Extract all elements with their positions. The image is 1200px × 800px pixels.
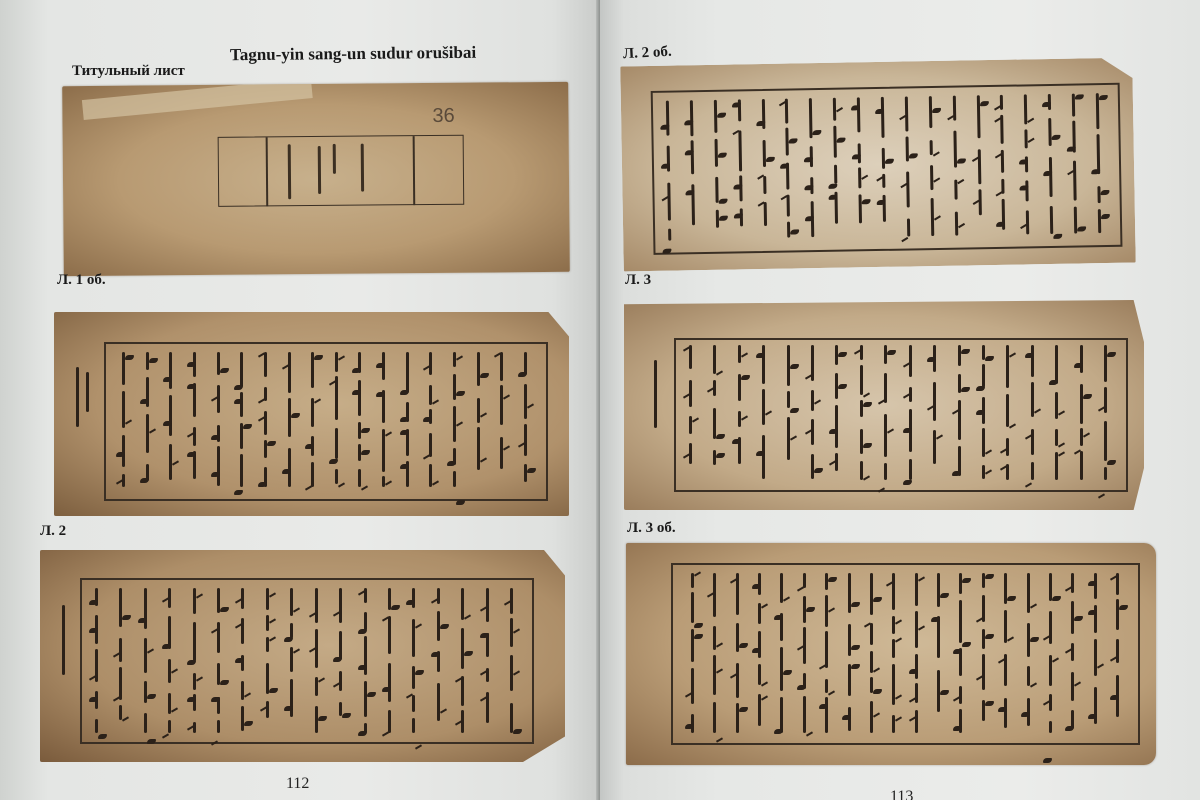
script-stroke bbox=[1071, 672, 1074, 700]
script-stroke bbox=[860, 461, 863, 480]
script-glyph bbox=[842, 715, 851, 720]
script-stroke bbox=[825, 697, 828, 733]
script-stroke bbox=[524, 352, 527, 375]
script-stroke bbox=[1004, 698, 1007, 728]
script-stroke bbox=[811, 454, 814, 479]
page-number-right: 113 bbox=[890, 788, 913, 800]
script-stroke bbox=[690, 140, 694, 174]
script-stroke bbox=[1104, 467, 1107, 480]
script-stroke bbox=[958, 400, 961, 440]
script-stroke bbox=[1104, 387, 1107, 413]
script-stroke bbox=[982, 629, 985, 649]
script-stroke bbox=[848, 624, 851, 656]
script-glyph bbox=[814, 468, 823, 473]
script-stroke bbox=[453, 374, 456, 401]
script-glyph bbox=[1088, 610, 1097, 615]
script-stroke bbox=[762, 345, 765, 384]
script-stroke bbox=[524, 384, 527, 419]
script-stroke bbox=[1104, 345, 1107, 382]
script-glyph bbox=[400, 430, 409, 435]
script-stroke bbox=[1049, 611, 1052, 644]
script-stroke bbox=[666, 101, 670, 136]
script-stroke bbox=[762, 435, 765, 479]
script-stroke bbox=[982, 654, 985, 690]
script-stroke bbox=[762, 389, 765, 425]
script-stroke bbox=[907, 219, 910, 237]
script-stroke bbox=[335, 428, 338, 459]
script-stroke bbox=[860, 400, 863, 417]
script-glyph bbox=[329, 459, 338, 464]
right-page: Л. 2 об. Л. 3 Л. 3 об. 113 bbox=[600, 0, 1200, 800]
script-stroke bbox=[500, 437, 503, 469]
script-glyph bbox=[342, 713, 351, 718]
script-stroke bbox=[500, 352, 503, 381]
script-glyph bbox=[447, 461, 456, 466]
script-stroke bbox=[477, 398, 480, 423]
script-stroke bbox=[217, 720, 220, 733]
script-stroke bbox=[335, 376, 338, 419]
script-glyph bbox=[116, 452, 125, 457]
script-stroke bbox=[763, 176, 766, 195]
script-stroke bbox=[486, 588, 489, 622]
script-stroke bbox=[119, 588, 122, 627]
script-stroke bbox=[811, 390, 814, 411]
script-stroke bbox=[834, 165, 837, 184]
script-stroke bbox=[959, 573, 962, 594]
script-stroke bbox=[915, 611, 918, 648]
script-stroke bbox=[811, 419, 814, 445]
margin-note bbox=[76, 367, 79, 427]
script-stroke bbox=[290, 623, 293, 637]
script-stroke bbox=[335, 352, 338, 372]
script-stroke bbox=[1027, 573, 1030, 613]
script-stroke bbox=[1094, 639, 1097, 677]
script-stroke bbox=[691, 592, 694, 623]
script-stroke bbox=[915, 683, 918, 703]
script-glyph bbox=[400, 464, 409, 469]
script-stroke bbox=[477, 352, 480, 386]
script-glyph bbox=[985, 701, 994, 706]
manuscript-image-leaf-3-verso bbox=[626, 543, 1156, 765]
script-stroke bbox=[803, 696, 806, 733]
script-glyph bbox=[220, 607, 229, 612]
script-stroke bbox=[315, 588, 318, 623]
script-stroke bbox=[240, 392, 243, 417]
script-stroke bbox=[406, 352, 409, 393]
script-glyph bbox=[456, 500, 465, 505]
script-stroke bbox=[412, 718, 415, 733]
script-glyph bbox=[903, 480, 912, 485]
script-stroke bbox=[977, 149, 981, 185]
script-stroke bbox=[959, 686, 962, 704]
script-stroke bbox=[959, 600, 962, 643]
script-stroke bbox=[144, 713, 147, 733]
script-glyph bbox=[1049, 380, 1058, 385]
script-stroke bbox=[119, 667, 122, 700]
script-glyph bbox=[985, 574, 994, 579]
script-glyph bbox=[1074, 363, 1083, 368]
script-glyph bbox=[440, 624, 449, 629]
script-stroke bbox=[892, 616, 895, 634]
script-stroke bbox=[388, 616, 391, 653]
script-stroke bbox=[954, 212, 957, 236]
script-stroke bbox=[982, 573, 985, 588]
script-stroke bbox=[870, 573, 873, 615]
script-glyph bbox=[739, 707, 748, 712]
script-stroke bbox=[193, 622, 196, 662]
script-glyph bbox=[790, 364, 799, 369]
figure-label-title-leaf: Титульный лист bbox=[72, 63, 185, 80]
script-stroke bbox=[915, 710, 918, 733]
script-glyph bbox=[961, 349, 970, 354]
script-column bbox=[333, 144, 336, 174]
text-frame bbox=[80, 578, 534, 744]
script-column bbox=[318, 146, 321, 194]
script-stroke bbox=[500, 385, 503, 425]
script-glyph bbox=[1043, 758, 1052, 763]
script-stroke bbox=[892, 715, 895, 733]
script-glyph bbox=[89, 628, 98, 633]
script-glyph bbox=[903, 428, 912, 433]
torn-paper-fragment bbox=[82, 82, 313, 120]
script-stroke bbox=[860, 345, 863, 360]
script-glyph bbox=[851, 645, 860, 650]
script-stroke bbox=[1031, 462, 1034, 480]
script-stroke bbox=[1031, 429, 1034, 455]
script-stroke bbox=[892, 573, 895, 610]
script-stroke bbox=[288, 448, 291, 487]
script-glyph bbox=[358, 731, 367, 736]
script-stroke bbox=[266, 588, 269, 610]
script-stroke bbox=[1031, 345, 1034, 377]
script-stroke bbox=[1071, 643, 1074, 662]
script-stroke bbox=[858, 143, 861, 163]
script-stroke bbox=[689, 416, 692, 434]
script-stroke bbox=[146, 414, 149, 453]
script-stroke bbox=[915, 573, 918, 606]
script-stroke bbox=[339, 588, 342, 623]
script-stroke bbox=[364, 612, 367, 630]
script-stroke bbox=[982, 364, 985, 387]
script-stroke bbox=[1027, 666, 1030, 686]
script-stroke bbox=[929, 140, 932, 155]
script-stroke bbox=[119, 638, 122, 662]
script-glyph bbox=[187, 660, 196, 665]
script-stroke bbox=[909, 345, 912, 377]
manuscript-image-leaf-2 bbox=[40, 550, 565, 762]
script-glyph bbox=[282, 469, 291, 474]
script-stroke bbox=[311, 462, 314, 487]
script-glyph bbox=[940, 593, 949, 598]
script-column bbox=[361, 144, 364, 192]
script-stroke bbox=[1006, 438, 1009, 456]
page-number-left: 112 bbox=[286, 775, 309, 793]
script-stroke bbox=[382, 476, 385, 487]
script-stroke bbox=[388, 663, 391, 702]
margin-note bbox=[654, 360, 657, 428]
text-frame bbox=[671, 563, 1140, 745]
script-stroke bbox=[738, 345, 741, 363]
script-stroke bbox=[1098, 209, 1101, 233]
script-stroke bbox=[825, 679, 828, 694]
script-glyph bbox=[790, 408, 799, 413]
script-stroke bbox=[1055, 345, 1058, 384]
script-stroke bbox=[266, 701, 269, 718]
script-stroke bbox=[217, 622, 220, 653]
script-stroke bbox=[758, 631, 761, 658]
script-stroke bbox=[144, 681, 147, 702]
script-stroke bbox=[884, 463, 887, 480]
script-glyph bbox=[985, 634, 994, 639]
script-stroke bbox=[870, 701, 873, 733]
script-stroke bbox=[763, 202, 766, 226]
script-stroke bbox=[524, 424, 527, 456]
script-glyph bbox=[382, 687, 391, 692]
script-stroke bbox=[437, 683, 440, 721]
script-stroke bbox=[937, 573, 940, 607]
script-stroke bbox=[713, 345, 716, 374]
script-stroke bbox=[266, 663, 269, 694]
script-glyph bbox=[149, 358, 158, 363]
script-stroke bbox=[1116, 599, 1119, 630]
script-stroke bbox=[169, 352, 172, 389]
script-stroke bbox=[429, 352, 432, 375]
figure-label-leaf-3-verso: Л. 3 об. bbox=[627, 520, 676, 537]
script-stroke bbox=[690, 100, 694, 136]
script-stroke bbox=[1080, 345, 1083, 373]
title-frame bbox=[218, 135, 465, 207]
script-stroke bbox=[290, 679, 293, 718]
script-stroke bbox=[240, 352, 243, 387]
script-stroke bbox=[1104, 421, 1107, 461]
script-stroke bbox=[437, 588, 440, 604]
script-stroke bbox=[1006, 394, 1009, 428]
script-stroke bbox=[1080, 451, 1083, 480]
script-stroke bbox=[429, 433, 432, 458]
script-glyph bbox=[952, 471, 961, 476]
script-glyph bbox=[431, 652, 440, 657]
script-stroke bbox=[1049, 721, 1052, 733]
script-glyph bbox=[756, 121, 765, 126]
script-glyph bbox=[358, 629, 367, 634]
script-stroke bbox=[217, 446, 220, 486]
script-stroke bbox=[510, 703, 513, 733]
script-stroke bbox=[884, 414, 887, 457]
script-glyph bbox=[98, 734, 107, 739]
script-stroke bbox=[933, 430, 936, 464]
script-stroke bbox=[288, 398, 291, 437]
script-stroke bbox=[906, 171, 910, 208]
script-stroke bbox=[803, 573, 806, 588]
script-stroke bbox=[461, 676, 464, 706]
script-stroke bbox=[736, 623, 739, 652]
script-glyph bbox=[851, 602, 860, 607]
script-glyph bbox=[391, 605, 400, 610]
script-stroke bbox=[668, 229, 671, 241]
script-stroke bbox=[689, 345, 692, 369]
margin-note bbox=[86, 372, 89, 412]
script-stroke bbox=[412, 619, 415, 656]
script-stroke bbox=[1049, 655, 1052, 686]
script-stroke bbox=[930, 198, 934, 236]
script-stroke bbox=[860, 429, 863, 455]
script-stroke bbox=[930, 165, 933, 191]
script-stroke bbox=[884, 373, 887, 403]
script-glyph bbox=[739, 643, 748, 648]
script-stroke bbox=[937, 616, 940, 658]
manuscript-image-leaf-2-verso bbox=[620, 58, 1135, 272]
script-glyph bbox=[367, 692, 376, 697]
script-stroke bbox=[1049, 573, 1052, 601]
script-glyph bbox=[1098, 494, 1105, 499]
script-glyph bbox=[358, 665, 367, 670]
script-stroke bbox=[335, 469, 338, 484]
script-stroke bbox=[787, 345, 790, 386]
script-stroke bbox=[461, 628, 464, 669]
script-stroke bbox=[667, 183, 671, 221]
script-stroke bbox=[882, 148, 885, 169]
script-stroke bbox=[339, 631, 342, 660]
manuscript-image-title-leaf: 36 bbox=[62, 82, 570, 276]
script-glyph bbox=[480, 633, 489, 638]
script-stroke bbox=[762, 140, 765, 167]
script-glyph bbox=[932, 108, 941, 113]
margin-note bbox=[62, 605, 65, 675]
left-page: Tagnu-yin sang-un sudur orušibai Титульн… bbox=[0, 0, 600, 800]
script-stroke bbox=[787, 391, 790, 408]
script-stroke bbox=[412, 695, 415, 712]
script-stroke bbox=[217, 385, 220, 413]
script-stroke bbox=[524, 464, 527, 482]
script-glyph bbox=[797, 685, 806, 690]
script-stroke bbox=[825, 631, 828, 668]
script-glyph bbox=[909, 669, 918, 674]
script-stroke bbox=[1004, 610, 1007, 644]
script-stroke bbox=[1080, 384, 1083, 424]
script-glyph bbox=[415, 745, 422, 750]
script-glyph bbox=[220, 368, 229, 373]
script-stroke bbox=[870, 623, 873, 645]
script-stroke bbox=[915, 654, 918, 679]
script-stroke bbox=[264, 411, 267, 435]
script-stroke bbox=[1055, 429, 1058, 447]
script-stroke bbox=[1094, 687, 1097, 724]
script-stroke bbox=[933, 382, 936, 421]
script-glyph bbox=[909, 153, 918, 158]
script-stroke bbox=[168, 720, 171, 733]
script-stroke bbox=[364, 681, 367, 718]
script-stroke bbox=[909, 459, 912, 480]
script-stroke bbox=[1080, 428, 1083, 445]
script-stroke bbox=[412, 588, 415, 608]
script-stroke bbox=[412, 666, 415, 689]
figure-label-leaf-2-verso: Л. 2 об. bbox=[623, 44, 673, 64]
script-stroke bbox=[264, 352, 267, 377]
script-stroke bbox=[388, 710, 391, 733]
script-stroke bbox=[240, 454, 243, 487]
script-stroke bbox=[1094, 573, 1097, 599]
script-stroke bbox=[453, 471, 456, 487]
script-stroke bbox=[714, 139, 717, 167]
script-stroke bbox=[859, 195, 862, 224]
script-stroke bbox=[870, 651, 873, 673]
script-stroke bbox=[1006, 345, 1009, 388]
script-stroke bbox=[461, 588, 464, 620]
page-title: Tagnu-yin sang-un sudur orušibai bbox=[230, 43, 476, 66]
script-stroke bbox=[1071, 573, 1074, 593]
script-stroke bbox=[193, 673, 196, 690]
script-stroke bbox=[193, 427, 196, 446]
script-stroke bbox=[1116, 639, 1119, 663]
script-stroke bbox=[144, 638, 147, 673]
script-column bbox=[288, 144, 291, 199]
figure-label-leaf-1-verso: Л. 1 об. bbox=[57, 272, 106, 289]
script-stroke bbox=[736, 663, 739, 698]
script-stroke bbox=[691, 629, 694, 662]
script-stroke bbox=[95, 719, 98, 733]
script-glyph bbox=[733, 184, 742, 189]
script-glyph bbox=[765, 156, 774, 161]
script-stroke bbox=[266, 615, 269, 631]
script-stroke bbox=[713, 573, 716, 617]
script-stroke bbox=[169, 395, 172, 436]
script-stroke bbox=[715, 176, 718, 202]
script-glyph bbox=[719, 215, 728, 220]
script-stroke bbox=[477, 427, 480, 470]
script-stroke bbox=[848, 573, 851, 613]
script-glyph bbox=[957, 158, 966, 163]
script-stroke bbox=[119, 705, 122, 719]
script-glyph bbox=[1052, 596, 1061, 601]
script-stroke bbox=[736, 703, 739, 733]
pencil-annotation: 36 bbox=[432, 105, 454, 128]
script-stroke bbox=[339, 671, 342, 691]
script-stroke bbox=[758, 664, 761, 685]
script-stroke bbox=[169, 444, 172, 480]
figure-label-leaf-3: Л. 3 bbox=[625, 272, 651, 289]
figure-label-leaf-2: Л. 2 bbox=[40, 523, 66, 540]
script-columns bbox=[620, 58, 1132, 67]
script-stroke bbox=[713, 655, 716, 695]
script-glyph bbox=[400, 417, 409, 422]
script-glyph bbox=[1088, 581, 1097, 586]
script-stroke bbox=[691, 668, 694, 704]
manuscript-image-leaf-3 bbox=[624, 300, 1144, 510]
script-stroke bbox=[193, 588, 196, 614]
script-stroke bbox=[860, 365, 863, 394]
script-glyph bbox=[1119, 605, 1128, 610]
script-stroke bbox=[713, 702, 716, 733]
script-stroke bbox=[288, 352, 291, 393]
manuscript-image-leaf-1-verso bbox=[54, 312, 569, 516]
script-stroke bbox=[958, 345, 961, 366]
